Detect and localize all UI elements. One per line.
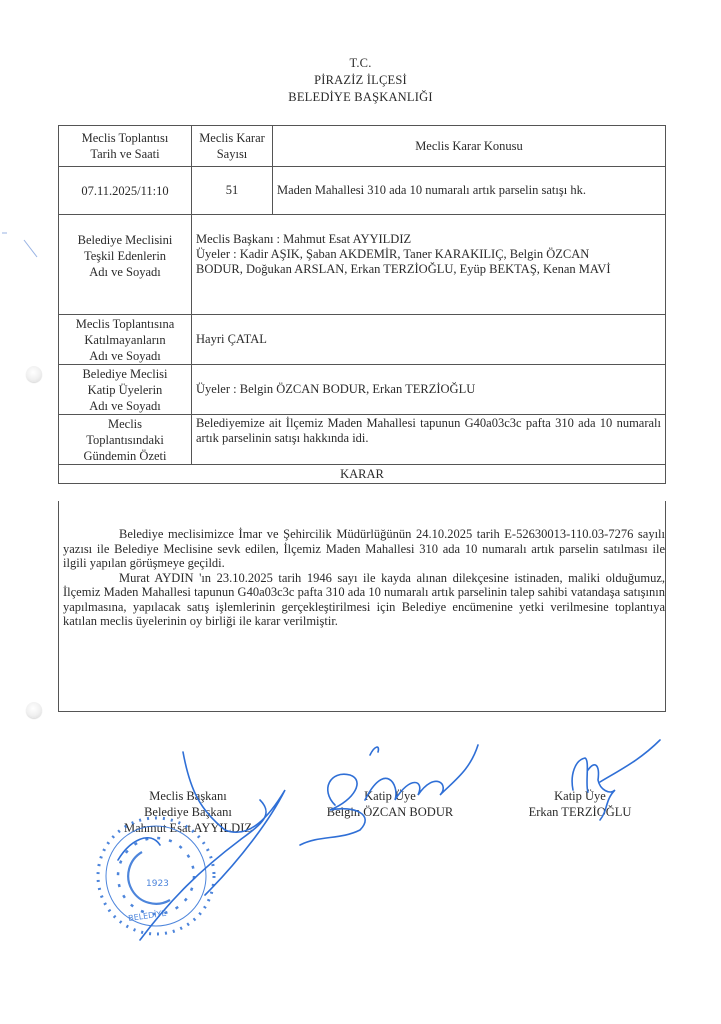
absent-value: Hayri ÇATAL xyxy=(192,315,666,365)
clerks-label: Belediye Meclisi Katip Üyelerin Adı ve S… xyxy=(59,365,192,415)
signature-title-2: Belediye Başkanı xyxy=(88,804,288,820)
table-row-main: 07.11.2025/11:10 51 Maden Mahallesi 310 … xyxy=(59,167,666,215)
signature-block-chair: Meclis Başkanı Belediye Başkanı Mahmut E… xyxy=(88,788,288,836)
absent-label: Meclis Toplantısına Katılmayanların Adı … xyxy=(59,315,192,365)
document-header: T.C. PİRAZİZ İLÇESİ BELEDİYE BAŞKANLIĞI xyxy=(0,55,721,106)
punch-hole-icon xyxy=(26,366,42,382)
decision-text: Belediye meclisimizce İmar ve Şehircilik… xyxy=(63,527,665,629)
header-tc: T.C. xyxy=(0,55,721,72)
header-municipality: BELEDİYE BAŞKANLIĞI xyxy=(0,89,721,106)
members-label: Belediye Meclisini Teşkil Edenlerin Adı … xyxy=(59,215,192,315)
council-members-1: Üyeler : Kadir AŞIK, Şaban AKDEMİR, Tane… xyxy=(196,247,661,262)
chair-signature-icon xyxy=(118,752,285,940)
punch-hole-icon xyxy=(26,702,42,718)
signature-title: Katip Üye xyxy=(510,788,650,804)
decision-number: 51 xyxy=(192,167,273,215)
seal-year: 1923 xyxy=(146,879,169,889)
margin-marks-icon xyxy=(2,233,37,257)
header-date-time: Meclis Toplantısı Tarih ve Saati xyxy=(59,126,192,167)
signature-name: Belgin ÖZCAN BODUR xyxy=(300,804,480,820)
agenda-label: Meclis Toplantısındaki Gündemin Özeti xyxy=(59,415,192,465)
signature-name: Mahmut Esat AYYILDIZ xyxy=(88,820,288,836)
signature-name: Erkan TERZİOĞLU xyxy=(510,804,650,820)
clerks-value: Üyeler : Belgin ÖZCAN BODUR, Erkan TERZİ… xyxy=(192,365,666,415)
meeting-date-time: 07.11.2025/11:10 xyxy=(59,167,192,215)
header-district: PİRAZİZ İLÇESİ xyxy=(0,72,721,89)
decision-paragraph-1: Belediye meclisimizce İmar ve Şehircilik… xyxy=(63,527,665,571)
council-members-2: BODUR, Doğukan ARSLAN, Erkan TERZİOĞLU, … xyxy=(196,262,661,277)
signature-block-clerk-2: Katip Üye Erkan TERZİOĞLU xyxy=(510,788,650,820)
table-row-karar: KARAR xyxy=(59,465,666,484)
decision-subject: Maden Mahallesi 310 ada 10 numaralı artı… xyxy=(273,167,666,215)
table-row-absent: Meclis Toplantısına Katılmayanların Adı … xyxy=(59,315,666,365)
seal-text: BELEDİYE xyxy=(128,908,168,923)
karar-title: KARAR xyxy=(59,465,666,484)
table-header-row: Meclis Toplantısı Tarih ve Saati Meclis … xyxy=(59,126,666,167)
decision-paragraph-2: Murat AYDIN 'ın 23.10.2025 tarih 1946 sa… xyxy=(63,571,665,629)
table-row-members: Belediye Meclisini Teşkil Edenlerin Adı … xyxy=(59,215,666,315)
signature-title: Katip Üye xyxy=(300,788,480,804)
members-value: Meclis Başkanı : Mahmut Esat AYYILDIZ Üy… xyxy=(192,215,666,315)
header-decision-subject: Meclis Karar Konusu xyxy=(273,126,666,167)
header-decision-number: Meclis Karar Sayısı xyxy=(192,126,273,167)
signature-title: Meclis Başkanı xyxy=(88,788,288,804)
agenda-value: Belediyemize ait İlçemiz Maden Mahallesi… xyxy=(192,415,666,465)
decision-table: Meclis Toplantısı Tarih ve Saati Meclis … xyxy=(58,125,666,484)
table-row-agenda: Meclis Toplantısındaki Gündemin Özeti Be… xyxy=(59,415,666,465)
council-chair: Meclis Başkanı : Mahmut Esat AYYILDIZ xyxy=(196,232,661,247)
table-row-clerks: Belediye Meclisi Katip Üyelerin Adı ve S… xyxy=(59,365,666,415)
signature-block-clerk-1: Katip Üye Belgin ÖZCAN BODUR xyxy=(300,788,480,820)
